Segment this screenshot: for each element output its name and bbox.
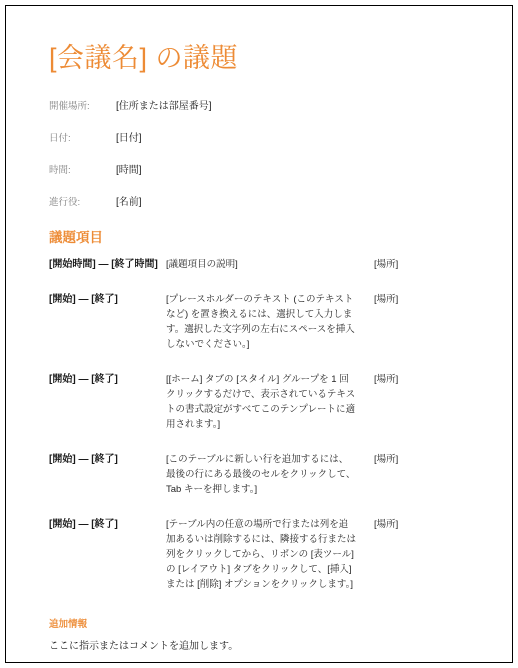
document-viewport: [会議名] の議題 開催場所: [住所または部屋番号] 日付: [日付] 時間:… — [0, 0, 518, 668]
info-row-location: 開催場所: [住所または部屋番号] — [49, 100, 472, 113]
agenda-description-cell[interactable]: [テーブル内の任意の場所で行または列を追加あるいは削除するには、隣接する行または… — [166, 517, 374, 592]
agenda-time-cell[interactable]: [開始] — [終了] — [49, 372, 166, 432]
info-value-date[interactable]: [日付] — [116, 132, 142, 145]
agenda-section-heading: 議題項目 — [49, 229, 472, 247]
info-row-facilitator: 進行役: [名前] — [49, 196, 472, 209]
agenda-time-cell[interactable]: [開始] — [終了] — [49, 452, 166, 497]
additional-info-text[interactable]: ここに指示またはコメントを追加します。 — [49, 640, 472, 654]
additional-info-heading: 追加情報 — [49, 618, 472, 631]
info-label-facilitator: 進行役: — [49, 196, 116, 209]
info-label-location: 開催場所: — [49, 100, 116, 113]
agenda-row: [開始] — [終了] [プレースホルダーのテキスト (このテキストなど) を置… — [49, 292, 472, 352]
agenda-description-cell[interactable]: [[ホーム] タブの [スタイル] グループを 1 回クリックするだけで、表示さ… — [166, 372, 374, 432]
info-label-date: 日付: — [49, 132, 116, 145]
agenda-table: [開始時間] — [終了時間] [議題項目の説明] [場所] [開始] — [終… — [49, 257, 472, 592]
agenda-time-cell[interactable]: [開始時間] — [終了時間] — [49, 257, 166, 272]
document-page: [会議名] の議題 開催場所: [住所または部屋番号] 日付: [日付] 時間:… — [5, 5, 513, 663]
additional-info-section: 追加情報 ここに指示またはコメントを追加します。 — [49, 618, 472, 654]
agenda-time-cell[interactable]: [開始] — [終了] — [49, 292, 166, 352]
agenda-location-cell[interactable]: [場所] — [374, 257, 472, 272]
agenda-row: [開始] — [終了] [テーブル内の任意の場所で行または列を追加あるいは削除す… — [49, 517, 472, 592]
meeting-info-section: 開催場所: [住所または部屋番号] 日付: [日付] 時間: [時間] 進行役:… — [49, 100, 472, 209]
agenda-location-cell[interactable]: [場所] — [374, 517, 472, 592]
agenda-description-cell[interactable]: [議題項目の説明] — [166, 257, 374, 272]
page-title: [会議名] の議題 — [49, 42, 472, 74]
info-value-time[interactable]: [時間] — [116, 164, 142, 177]
agenda-location-cell[interactable]: [場所] — [374, 452, 472, 497]
agenda-location-cell[interactable]: [場所] — [374, 372, 472, 432]
agenda-row: [開始] — [終了] [このテーブルに新しい行を追加するには、最後の行にある最… — [49, 452, 472, 497]
agenda-time-cell[interactable]: [開始] — [終了] — [49, 517, 166, 592]
agenda-description-cell[interactable]: [プレースホルダーのテキスト (このテキストなど) を置き換えるには、選択して入… — [166, 292, 374, 352]
document-content: [会議名] の議題 開催場所: [住所または部屋番号] 日付: [日付] 時間:… — [6, 6, 512, 654]
agenda-row: [開始] — [終了] [[ホーム] タブの [スタイル] グループを 1 回ク… — [49, 372, 472, 432]
info-row-time: 時間: [時間] — [49, 164, 472, 177]
info-row-date: 日付: [日付] — [49, 132, 472, 145]
agenda-description-cell[interactable]: [このテーブルに新しい行を追加するには、最後の行にある最後のセルをクリックして、… — [166, 452, 374, 497]
agenda-header-row: [開始時間] — [終了時間] [議題項目の説明] [場所] — [49, 257, 472, 272]
info-value-facilitator[interactable]: [名前] — [116, 196, 142, 209]
info-label-time: 時間: — [49, 164, 116, 177]
info-value-location[interactable]: [住所または部屋番号] — [116, 100, 212, 113]
agenda-location-cell[interactable]: [場所] — [374, 292, 472, 352]
